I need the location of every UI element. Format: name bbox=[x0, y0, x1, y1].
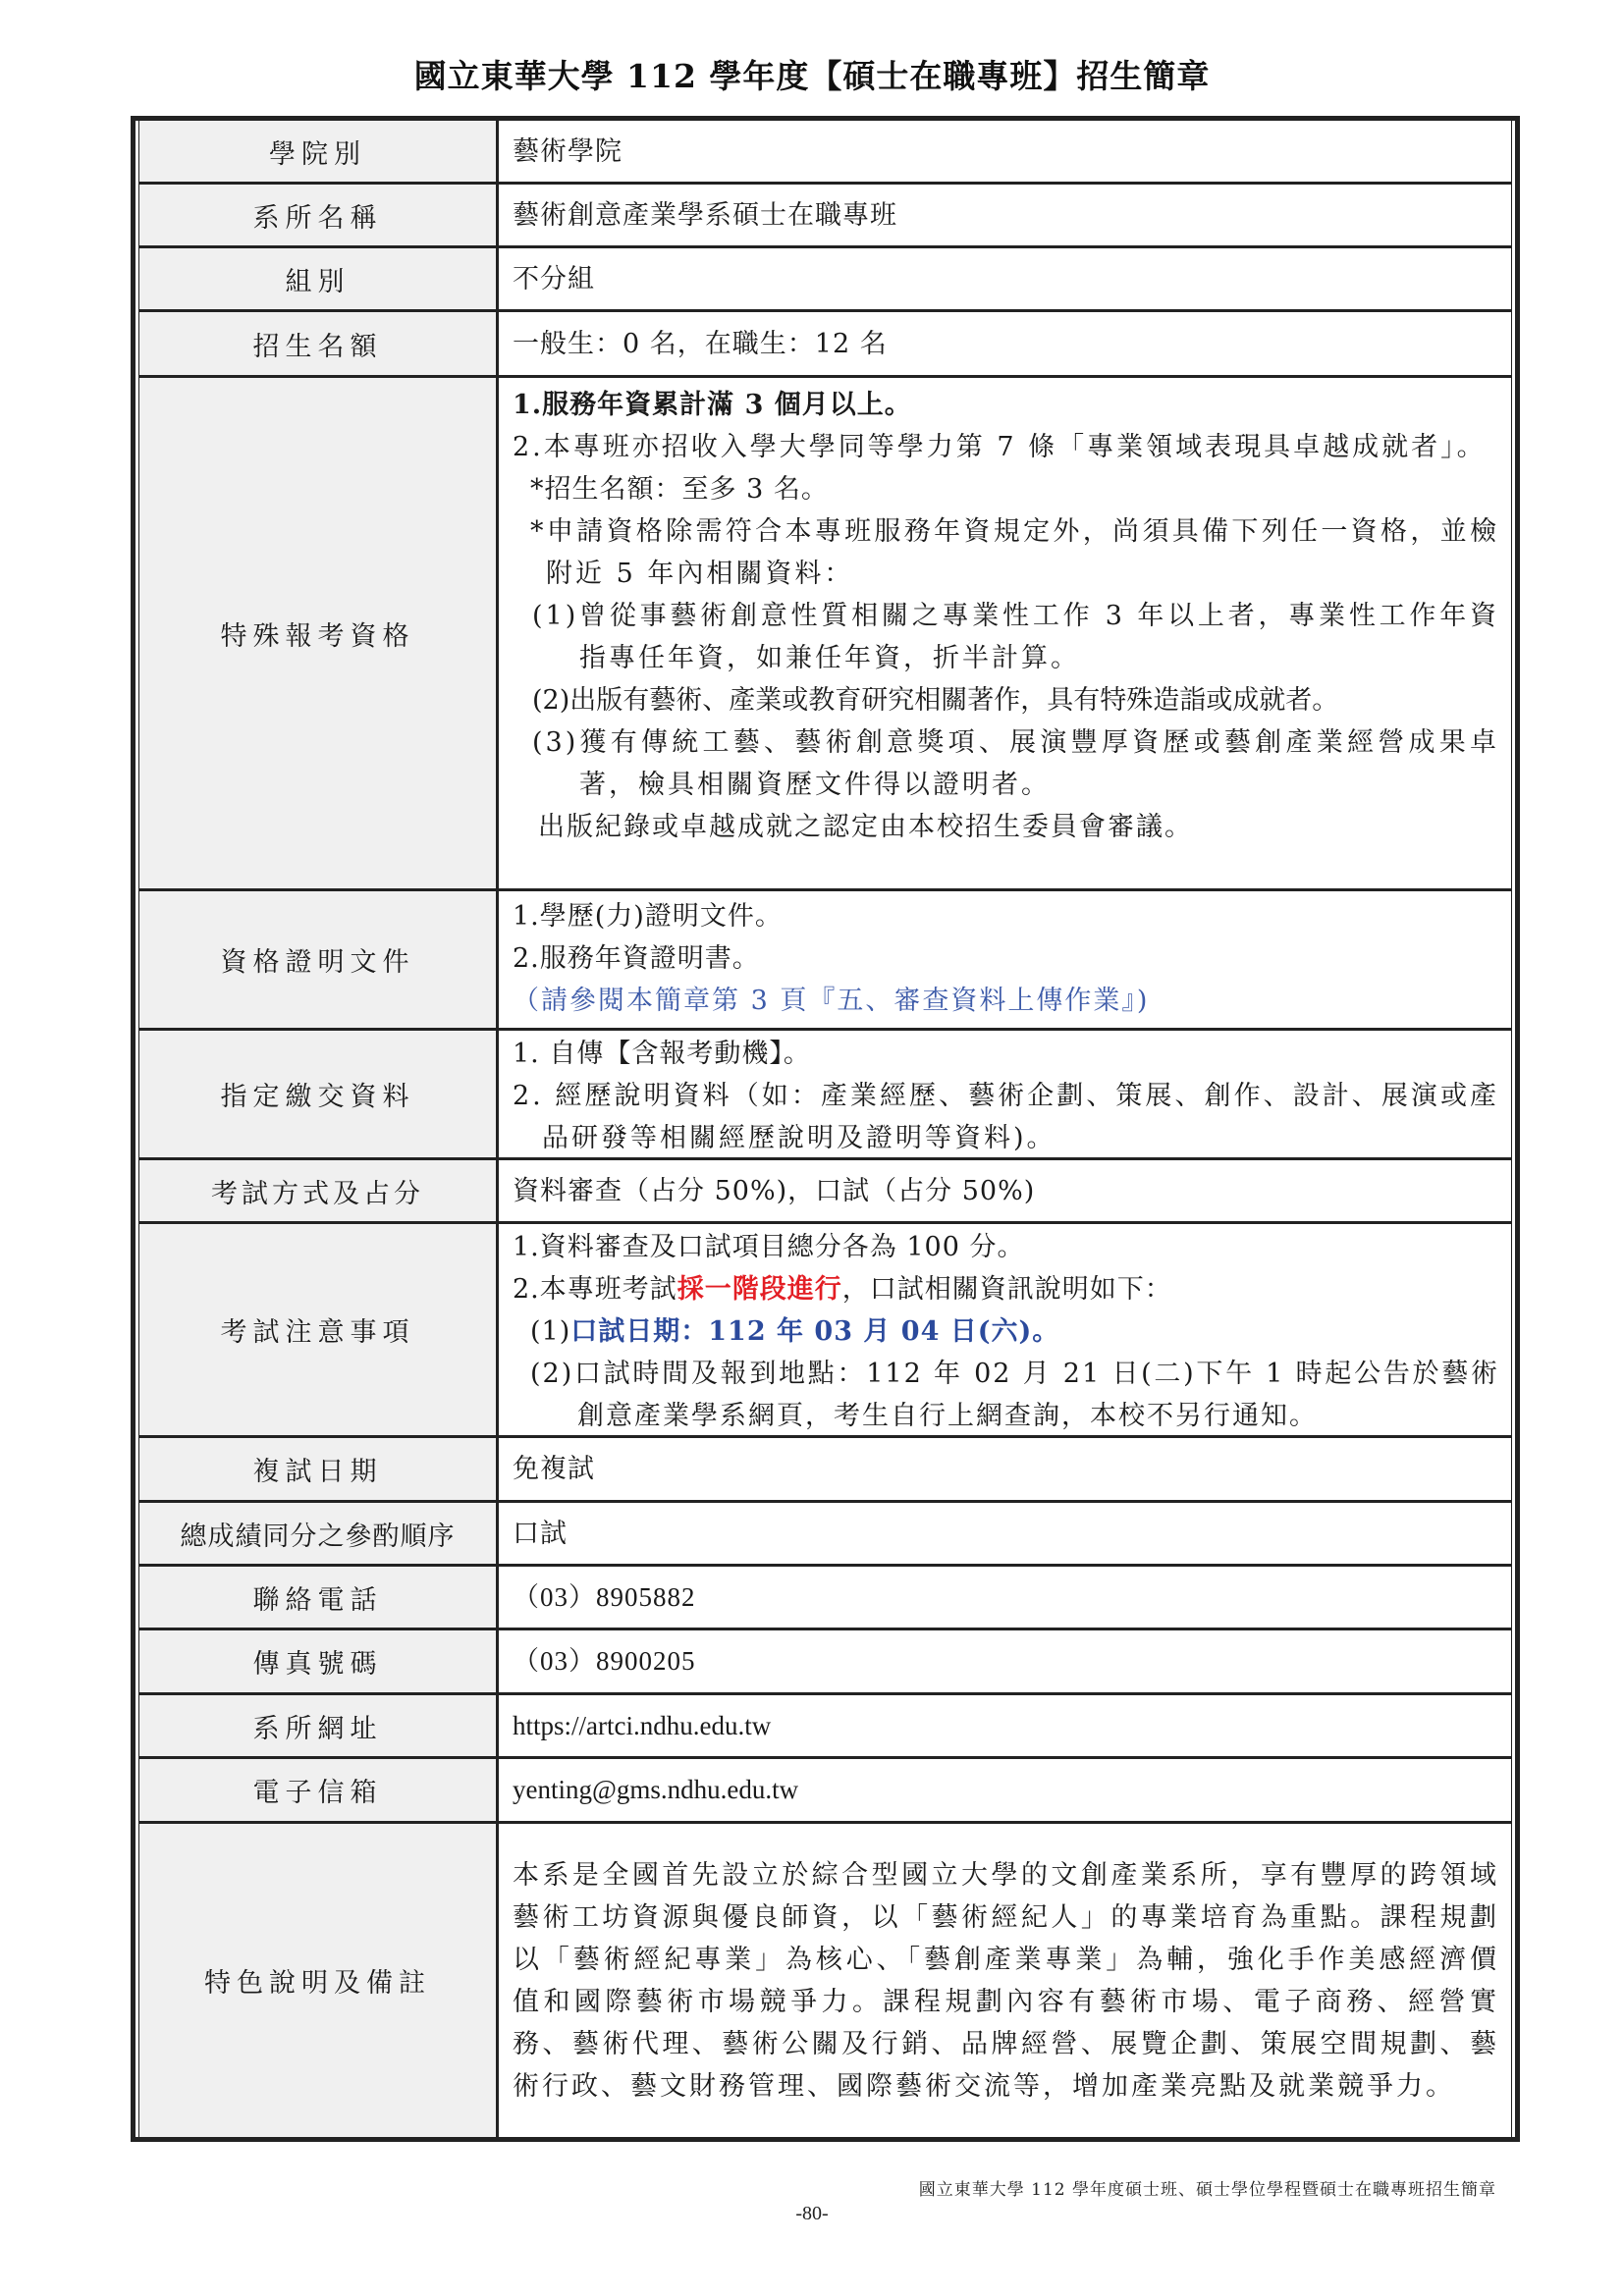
row-value: 藝術學院 bbox=[499, 121, 1511, 182]
row-value: 資料審查（占分 50%)，口試（占分 50%) bbox=[499, 1160, 1511, 1221]
page-title: 國立東華大學 112 學年度【碩士在職專班】招生簡章 bbox=[0, 51, 1624, 97]
subitem-number: (1) bbox=[530, 1316, 570, 1347]
admission-info-table: 學院別 藝術學院 系所名稱 藝術創意產業學系碩士在職專班 組別 不分組 招生名額… bbox=[131, 116, 1520, 2142]
row-label: 招生名額 bbox=[139, 312, 499, 375]
exam-note-subitem: (1)口試日期：112 年 03 月 04 日(六)。 bbox=[513, 1310, 1499, 1353]
row-label: 特殊報考資格 bbox=[139, 378, 499, 888]
exam-method-value: 資料審查（占分 50%)，口試（占分 50%) bbox=[513, 1170, 1499, 1212]
table-row-special-qualifications: 特殊報考資格 1.服務年資累計滿 3 個月以上。 2.本專班亦招收入學大學同等學… bbox=[139, 378, 1511, 891]
department-value: 藝術創意產業學系碩士在職專班 bbox=[513, 194, 1499, 237]
row-value: 一般生：0 名，在職生：12 名 bbox=[499, 312, 1511, 375]
table-row-phone: 聯絡電話 （03）8905882 bbox=[139, 1567, 1511, 1630]
qualification-item: 1.服務年資累計滿 3 個月以上。 bbox=[513, 384, 1499, 426]
table-row-required-materials: 指定繳交資料 1. 自傳【含報考動機】。 2. 經歷說明資料（如：產業經歷、藝術… bbox=[139, 1031, 1511, 1160]
exam-note-item: 1.資料審查及口試項目總分各為 100 分。 bbox=[513, 1226, 1499, 1268]
row-value: https://artci.ndhu.edu.tw bbox=[499, 1695, 1511, 1756]
table-row-tiebreak-order: 總成績同分之參酌順序 口試 bbox=[139, 1503, 1511, 1567]
row-label: 考試方式及占分 bbox=[139, 1160, 499, 1221]
row-label: 總成績同分之參酌順序 bbox=[139, 1503, 499, 1564]
qualification-subitem: (1)曾從事藝術創意性質相關之專業性工作 3 年以上者，專業性工作年資指專任年資… bbox=[513, 595, 1499, 679]
row-label: 系所名稱 bbox=[139, 185, 499, 245]
second-exam-value: 免複試 bbox=[513, 1448, 1499, 1490]
row-value: 本系是全國首先設立於綜合型國立大學的文創產業系所，享有豐厚的跨領域藝術工坊資源與… bbox=[499, 1824, 1511, 2137]
email-link[interactable]: yenting@gms.ndhu.edu.tw bbox=[513, 1769, 1499, 1811]
row-label: 學院別 bbox=[139, 121, 499, 182]
row-label: 複試日期 bbox=[139, 1438, 499, 1500]
table-row-group: 組別 不分組 bbox=[139, 248, 1511, 312]
table-row-fax: 傳真號碼 （03）8900205 bbox=[139, 1630, 1511, 1695]
table-row-email: 電子信箱 yenting@gms.ndhu.edu.tw bbox=[139, 1759, 1511, 1824]
tiebreak-value: 口試 bbox=[513, 1513, 1499, 1555]
table-row-college: 學院別 藝術學院 bbox=[139, 121, 1511, 185]
qualification-note: *招生名額：至多 3 名。 bbox=[513, 468, 1499, 510]
table-row-quota: 招生名額 一般生：0 名，在職生：12 名 bbox=[139, 312, 1511, 378]
table-row-exam-method: 考試方式及占分 資料審查（占分 50%)，口試（占分 50%) bbox=[139, 1160, 1511, 1224]
document-item: 1.學歷(力)證明文件。 bbox=[513, 895, 1499, 937]
website-link[interactable]: https://artci.ndhu.edu.tw bbox=[513, 1705, 1499, 1747]
table-row-second-exam-date: 複試日期 免複試 bbox=[139, 1438, 1511, 1503]
document-item: 2.服務年資證明書。 bbox=[513, 937, 1499, 980]
row-value: 免複試 bbox=[499, 1438, 1511, 1500]
table-row-certification-documents: 資格證明文件 1.學歷(力)證明文件。 2.服務年資證明書。 （請參閱本簡章第 … bbox=[139, 891, 1511, 1031]
row-label: 組別 bbox=[139, 248, 499, 309]
exam-note-text: ，口試相關資訊說明如下： bbox=[842, 1274, 1172, 1305]
table-row-website: 系所網址 https://artci.ndhu.edu.tw bbox=[139, 1695, 1511, 1759]
group-value: 不分組 bbox=[513, 258, 1499, 300]
row-value: 1. 自傳【含報考動機】。 2. 經歷說明資料（如：產業經歷、藝術企劃、策展、創… bbox=[499, 1031, 1511, 1157]
row-value: 1.服務年資累計滿 3 個月以上。 2.本專班亦招收入學大學同等學力第 7 條「… bbox=[499, 378, 1511, 888]
table-row-features-remarks: 特色說明及備註 本系是全國首先設立於綜合型國立大學的文創產業系所，享有豐厚的跨領… bbox=[139, 1824, 1511, 2137]
row-label: 聯絡電話 bbox=[139, 1567, 499, 1628]
row-value: 1.資料審查及口試項目總分各為 100 分。 2.本專班考試採一階段進行，口試相… bbox=[499, 1224, 1511, 1435]
row-label: 指定繳交資料 bbox=[139, 1031, 499, 1157]
table-row-exam-notes: 考試注意事項 1.資料審查及口試項目總分各為 100 分。 2.本專班考試採一階… bbox=[139, 1224, 1511, 1438]
exam-note-subitem: (2)口試時間及報到地點：112 年 02 月 21 日(二)下午 1 時起公告… bbox=[513, 1353, 1499, 1437]
material-item: 2. 經歷說明資料（如：產業經歷、藝術企劃、策展、創作、設計、展演或產品研發等相… bbox=[513, 1075, 1499, 1159]
fax-value: （03）8900205 bbox=[513, 1640, 1499, 1682]
college-value: 藝術學院 bbox=[513, 131, 1499, 173]
qualification-subitem: (3)獲有傳統工藝、藝術創意獎項、展演豐厚資歷或藝創產業經營成果卓著，檢具相關資… bbox=[513, 721, 1499, 806]
quota-value: 一般生：0 名，在職生：12 名 bbox=[513, 323, 1499, 365]
row-label: 系所網址 bbox=[139, 1695, 499, 1756]
footer-text: 國立東華大學 112 學年度碩士班、碩士學位學程暨碩士在職專班招生簡章 bbox=[919, 2175, 1496, 2200]
row-value: （03）8900205 bbox=[499, 1630, 1511, 1692]
features-description: 本系是全國首先設立於綜合型國立大學的文創產業系所，享有豐厚的跨領域藝術工坊資源與… bbox=[513, 1854, 1499, 2108]
table-inner: 學院別 藝術學院 系所名稱 藝術創意產業學系碩士在職專班 組別 不分組 招生名額… bbox=[138, 121, 1512, 2137]
row-label: 特色說明及備註 bbox=[139, 1824, 499, 2137]
row-value: 不分組 bbox=[499, 248, 1511, 309]
qualification-note: *申請資格除需符合本專班服務年資規定外，尚須具備下列任一資格，並檢附近 5 年內… bbox=[513, 510, 1499, 595]
row-label: 考試注意事項 bbox=[139, 1224, 499, 1435]
table-row-department: 系所名稱 藝術創意產業學系碩士在職專班 bbox=[139, 185, 1511, 248]
row-value: 1.學歷(力)證明文件。 2.服務年資證明書。 （請參閱本簡章第 3 頁『五、審… bbox=[499, 891, 1511, 1028]
qualification-subitem: (2)出版有藝術、產業或教育研究相關著作，具有特殊造詣或成就者。 bbox=[513, 679, 1499, 721]
exam-note-text: 2.本專班考試 bbox=[513, 1274, 677, 1305]
qualification-footnote: 出版紀錄或卓越成就之認定由本校招生委員會審議。 bbox=[513, 806, 1499, 848]
row-value: 口試 bbox=[499, 1503, 1511, 1564]
reference-note: （請參閱本簡章第 3 頁『五、審查資料上傳作業』) bbox=[513, 980, 1499, 1022]
material-item: 1. 自傳【含報考動機】。 bbox=[513, 1033, 1499, 1075]
row-value: （03）8905882 bbox=[499, 1567, 1511, 1628]
row-label: 資格證明文件 bbox=[139, 891, 499, 1028]
row-value: yenting@gms.ndhu.edu.tw bbox=[499, 1759, 1511, 1821]
phone-value: （03）8905882 bbox=[513, 1576, 1499, 1619]
row-value: 藝術創意產業學系碩士在職專班 bbox=[499, 185, 1511, 245]
qualification-item: 2.本專班亦招收入學大學同等學力第 7 條「專業領域表現具卓越成就者」。 bbox=[513, 426, 1499, 468]
single-stage-highlight: 採一階段進行 bbox=[677, 1274, 842, 1305]
exam-note-item: 2.本專班考試採一階段進行，口試相關資訊說明如下： bbox=[513, 1268, 1499, 1310]
row-label: 傳真號碼 bbox=[139, 1630, 499, 1692]
row-label: 電子信箱 bbox=[139, 1759, 499, 1821]
page-number: -80- bbox=[0, 2203, 1624, 2225]
interview-date-highlight: 口試日期：112 年 03 月 04 日(六)。 bbox=[570, 1316, 1059, 1347]
